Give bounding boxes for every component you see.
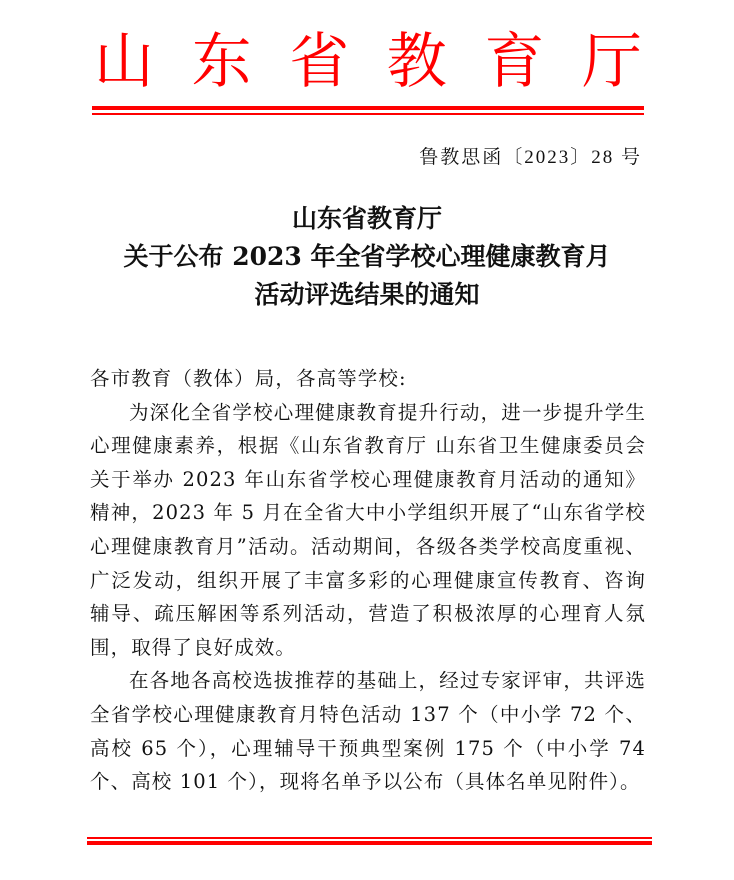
title-line: 山东省教育厅	[60, 200, 674, 238]
masthead-title: 山 东 省 教 育 厅	[92, 26, 644, 98]
paragraph: 为深化全省学校心理健康教育提升行动，进一步提升学生心理健康素养，根据《山东省教育…	[90, 396, 646, 665]
masthead-char: 教	[385, 26, 449, 98]
masthead-rule-thin	[92, 113, 644, 115]
document-number: 鲁教思函〔2023〕28 号	[419, 142, 642, 169]
paragraph: 在各地各高校选拔推荐的基础上，经过专家评审，共评选全省学校心理健康教育月特色活动…	[90, 664, 646, 798]
masthead-char: 省	[287, 26, 351, 98]
masthead-char: 育	[482, 26, 546, 98]
masthead-char: 东	[190, 26, 254, 98]
title-line: 活动评选结果的通知	[60, 276, 674, 314]
masthead-char: 厅	[580, 26, 644, 98]
masthead-rule-thick	[92, 106, 644, 110]
footer-rule-thick	[87, 841, 652, 845]
document-body: 各市教育（教体）局，各高等学校: 为深化全省学校心理健康教育提升行动，进一步提升…	[90, 362, 646, 799]
footer-rule-thin	[87, 837, 652, 839]
document-title: 山东省教育厅 关于公布 2023 年全省学校心理健康教育月 活动评选结果的通知	[60, 200, 674, 314]
masthead-char: 山	[92, 26, 156, 98]
salutation: 各市教育（教体）局，各高等学校:	[90, 362, 646, 396]
title-line: 关于公布 2023 年全省学校心理健康教育月	[60, 238, 674, 276]
document-page: 山 东 省 教 育 厅 鲁教思函〔2023〕28 号 山东省教育厅 关于公布 2…	[0, 0, 734, 880]
